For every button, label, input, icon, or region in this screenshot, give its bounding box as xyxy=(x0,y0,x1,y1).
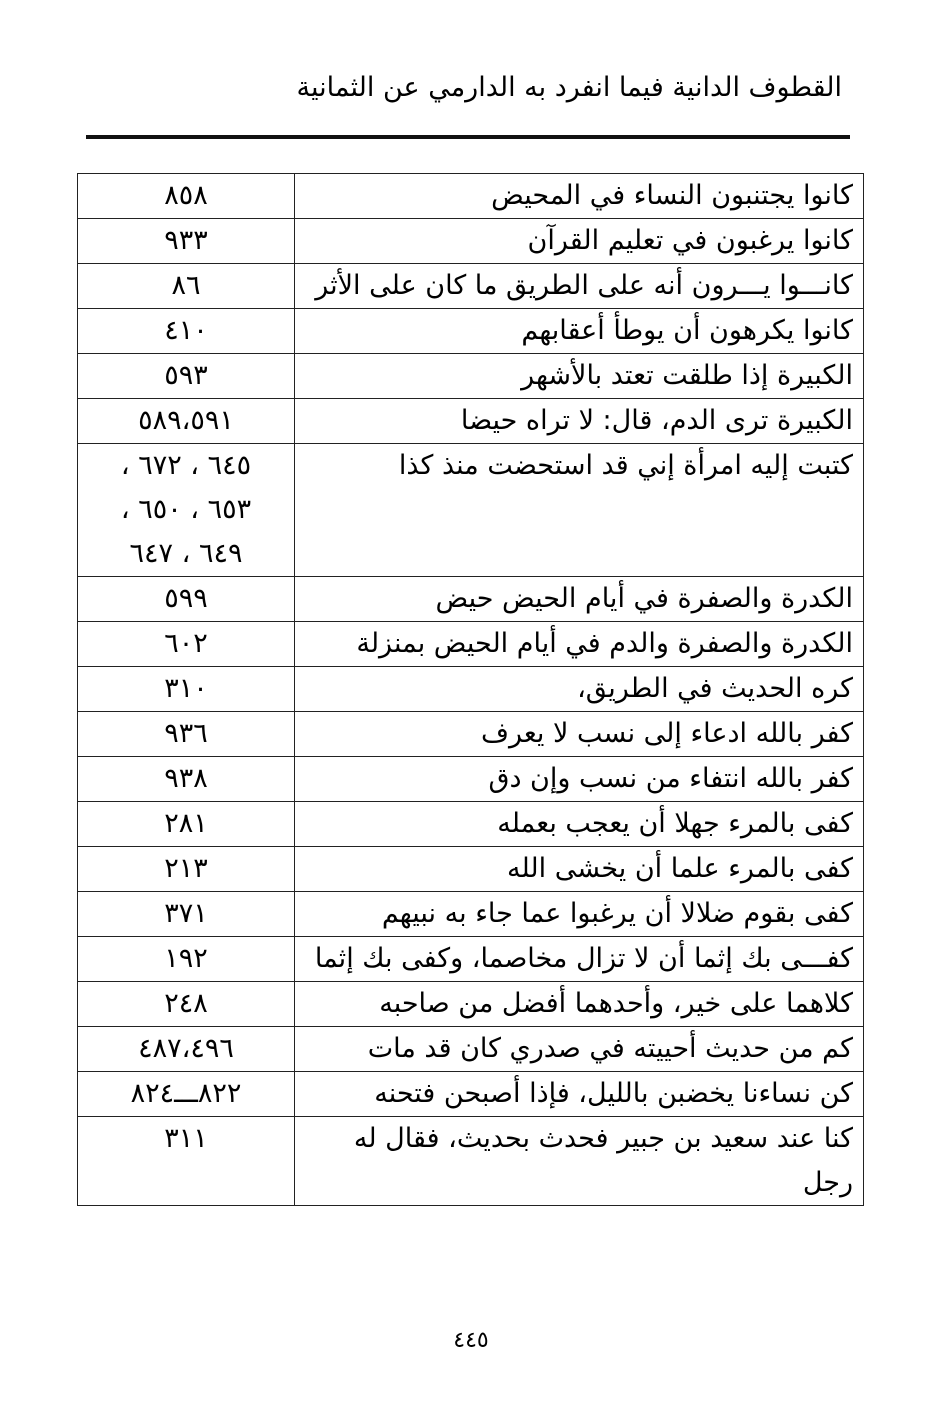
page-number: ٤٤٥ xyxy=(0,1328,942,1353)
hadith-numbers: ٦٤٥ ، ٦٧٢ ، ٦٥٣ ، ٦٥٠ ، ٦٤٩ ، ٦٤٧ xyxy=(78,444,295,577)
hadith-numbers: ٩٣٣ xyxy=(78,219,295,264)
table-row: كانوا يجتنبون النساء في المحيض٨٥٨ xyxy=(78,174,864,219)
table-row: كلاهما على خير، وأحدهما أفضل من صاحبه٢٤٨ xyxy=(78,982,864,1027)
hadith-phrase: كفى بالمرء علما أن يخشى الله xyxy=(295,847,864,892)
table-row: الكبيرة إذا طلقت تعتد بالأشهر٥٩٣ xyxy=(78,354,864,399)
hadith-phrase: كلاهما على خير، وأحدهما أفضل من صاحبه xyxy=(295,982,864,1027)
hadith-numbers: ٨٥٨ xyxy=(78,174,295,219)
hadith-phrase: كانوا يرغبون في تعليم القرآن xyxy=(295,219,864,264)
hadith-numbers: ٤٨٧،٤٩٦ xyxy=(78,1027,295,1072)
hadith-phrase: كفر بالله ادعاء إلى نسب لا يعرف xyxy=(295,712,864,757)
hadith-numbers: ٥٨٩،٥٩١ xyxy=(78,399,295,444)
hadith-phrase: كانـــوا يـــرون أنه على الطريق ما كان ع… xyxy=(295,264,864,309)
table-row: كفر بالله انتفاء من نسب وإن دق٩٣٨ xyxy=(78,757,864,802)
hadith-phrase: الكبيرة إذا طلقت تعتد بالأشهر xyxy=(295,354,864,399)
table-row: كفى بالمرء علما أن يخشى الله٢١٣ xyxy=(78,847,864,892)
hadith-phrase: الكبيرة ترى الدم، قال: لا تراه حيضا xyxy=(295,399,864,444)
hadith-phrase: كره الحديث في الطريق، xyxy=(295,667,864,712)
table-row: كانوا يكرهون أن يوطأ أعقابهم٤١٠ xyxy=(78,309,864,354)
hadith-numbers: ٨٢٢ـــ٨٢٤ xyxy=(78,1072,295,1117)
hadith-numbers: ٤١٠ xyxy=(78,309,295,354)
hadith-numbers: ٥٩٩ xyxy=(78,577,295,622)
hadith-phrase: كن نساءنا يخضبن بالليل، فإذا أصبحن فتحنه xyxy=(295,1072,864,1117)
table-row: كره الحديث في الطريق،٣١٠ xyxy=(78,667,864,712)
table-row: كفى بقوم ضلالا أن يرغبوا عما جاء به نبيه… xyxy=(78,892,864,937)
table-row: كن نساءنا يخضبن بالليل، فإذا أصبحن فتحنه… xyxy=(78,1072,864,1117)
hadith-numbers: ٨٦ xyxy=(78,264,295,309)
hadith-phrase: الكدرة والصفرة والدم في أيام الحيض بمنزل… xyxy=(295,622,864,667)
hadith-phrase: كنا عند سعيد بن جبير فحدث بحديث، فقال له… xyxy=(295,1117,864,1206)
hadith-numbers: ٣٧١ xyxy=(78,892,295,937)
table-row: كم من حديث أحييته في صدري كان قد مات٤٨٧،… xyxy=(78,1027,864,1072)
hadith-numbers: ٥٩٣ xyxy=(78,354,295,399)
hadith-numbers: ٢٨١ xyxy=(78,802,295,847)
table-row: كفر بالله ادعاء إلى نسب لا يعرف٩٣٦ xyxy=(78,712,864,757)
table-row: الكدرة والصفرة والدم في أيام الحيض بمنزل… xyxy=(78,622,864,667)
hadith-numbers: ٩٣٦ xyxy=(78,712,295,757)
hadith-phrase: كفر بالله انتفاء من نسب وإن دق xyxy=(295,757,864,802)
hadith-numbers: ٢٤٨ xyxy=(78,982,295,1027)
table-row: كفـــى بك إثما أن لا تزال مخاصما، وكفى ب… xyxy=(78,937,864,982)
hadith-numbers: ٣١١ xyxy=(78,1117,295,1206)
hadith-phrase: كتبت إليه امرأة إني قد استحضت منذ كذا xyxy=(295,444,864,577)
hadith-phrase: كفى بقوم ضلالا أن يرغبوا عما جاء به نبيه… xyxy=(295,892,864,937)
table-row: الكدرة والصفرة في أيام الحيض حيض٥٩٩ xyxy=(78,577,864,622)
hadith-index-table: كانوا يجتنبون النساء في المحيض٨٥٨كانوا ي… xyxy=(77,173,864,1206)
hadith-numbers: ٩٣٨ xyxy=(78,757,295,802)
table-row: كانوا يرغبون في تعليم القرآن٩٣٣ xyxy=(78,219,864,264)
hadith-phrase: كفـــى بك إثما أن لا تزال مخاصما، وكفى ب… xyxy=(295,937,864,982)
hadith-numbers: ٦٠٢ xyxy=(78,622,295,667)
hadith-numbers: ٢١٣ xyxy=(78,847,295,892)
table-row: كنا عند سعيد بن جبير فحدث بحديث، فقال له… xyxy=(78,1117,864,1206)
hadith-phrase: الكدرة والصفرة في أيام الحيض حيض xyxy=(295,577,864,622)
hadith-phrase: كم من حديث أحييته في صدري كان قد مات xyxy=(295,1027,864,1072)
table-row: كفى بالمرء جهلا أن يعجب بعمله٢٨١ xyxy=(78,802,864,847)
hadith-phrase: كانوا يكرهون أن يوطأ أعقابهم xyxy=(295,309,864,354)
hadith-numbers: ٣١٠ xyxy=(78,667,295,712)
running-header-title: القطوف الدانية فيما انفرد به الدارمي عن … xyxy=(297,72,842,103)
hadith-phrase: كانوا يجتنبون النساء في المحيض xyxy=(295,174,864,219)
table-row: كتبت إليه امرأة إني قد استحضت منذ كذا٦٤٥… xyxy=(78,444,864,577)
table-row: كانـــوا يـــرون أنه على الطريق ما كان ع… xyxy=(78,264,864,309)
header-divider xyxy=(86,135,850,139)
table-row: الكبيرة ترى الدم، قال: لا تراه حيضا٥٨٩،٥… xyxy=(78,399,864,444)
hadith-numbers: ١٩٢ xyxy=(78,937,295,982)
hadith-phrase: كفى بالمرء جهلا أن يعجب بعمله xyxy=(295,802,864,847)
